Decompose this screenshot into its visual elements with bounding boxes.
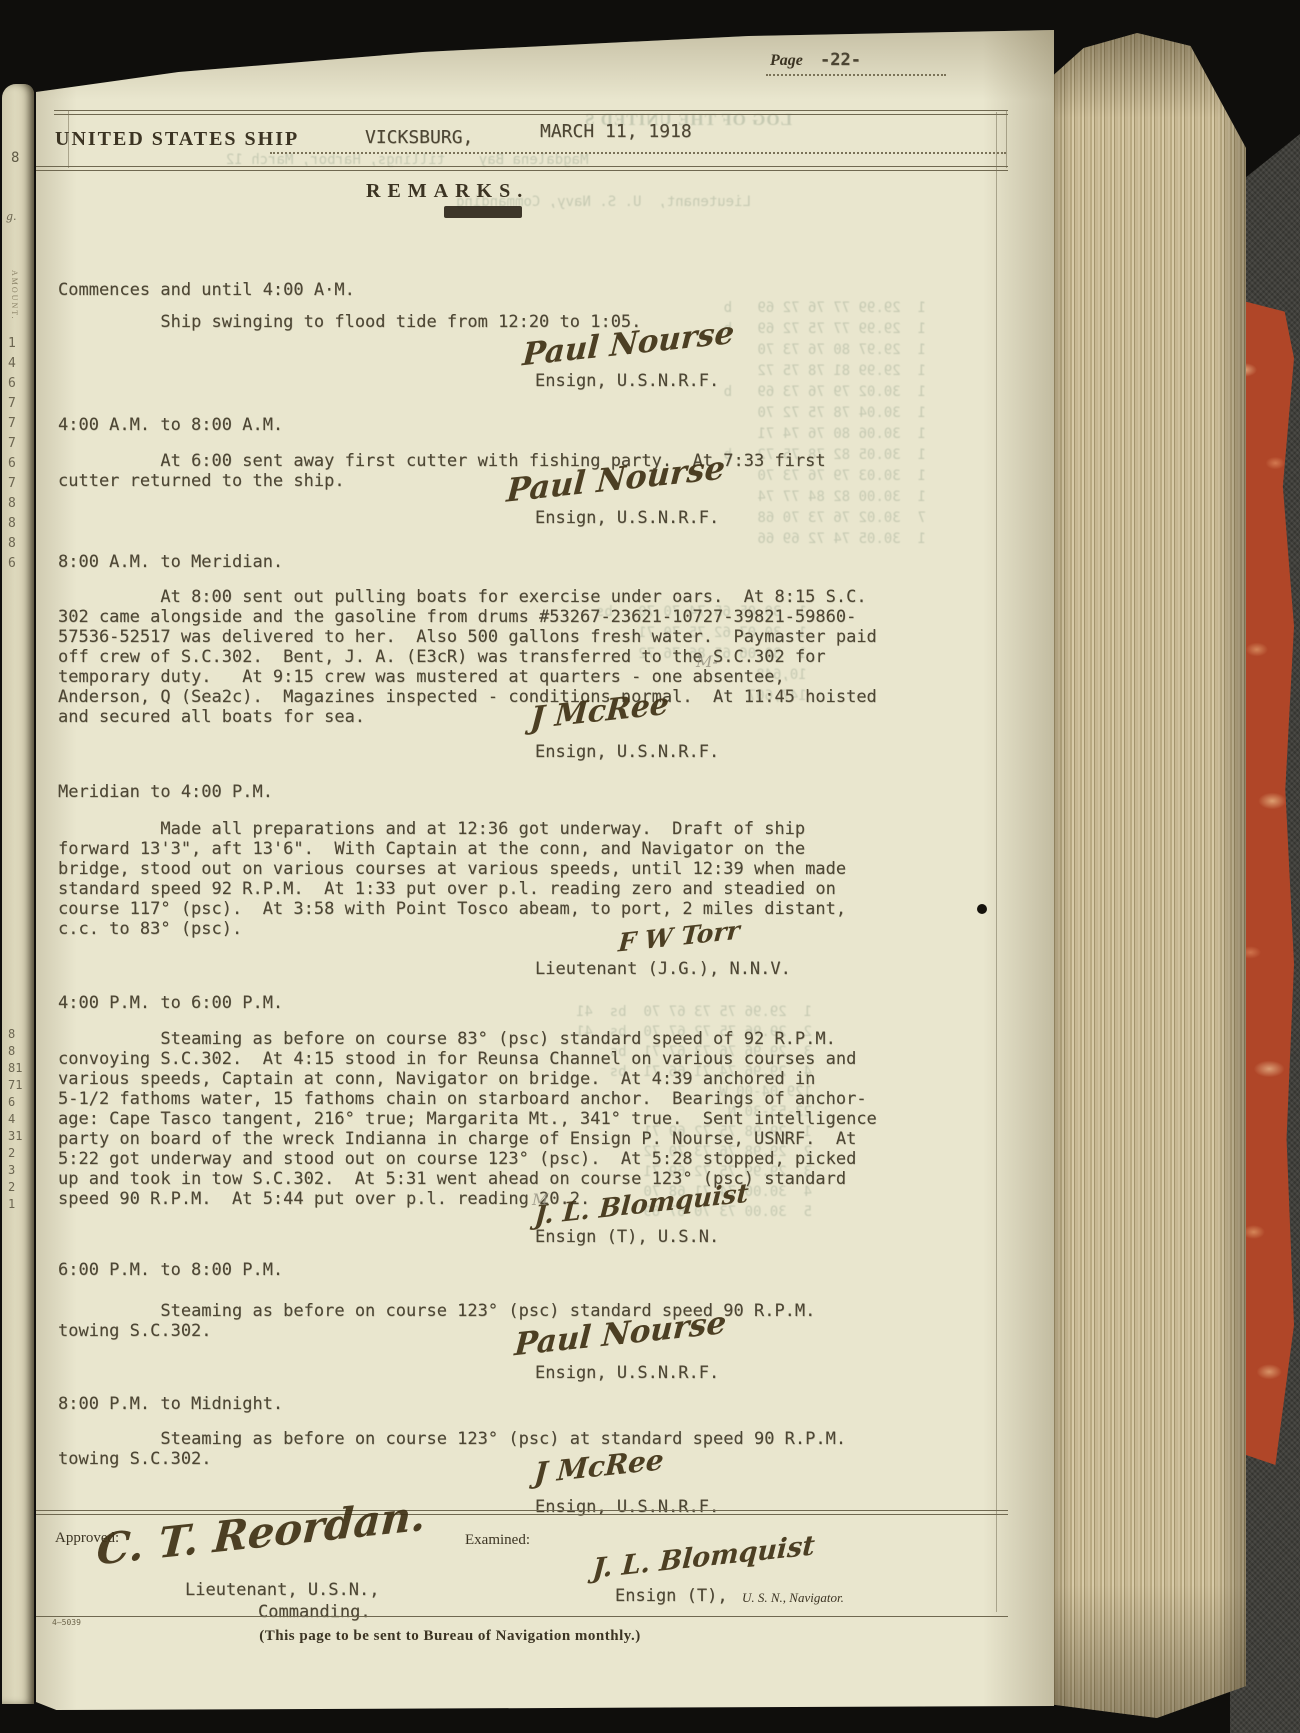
entry-text-2: At 8:00 sent out pulling boats for exerc… — [58, 587, 966, 727]
list-item: 4 — [8, 354, 16, 374]
approval-top-rule — [36, 1510, 1008, 1515]
edge-digit: 8 — [11, 150, 19, 166]
examined-label: Examined: — [465, 1532, 530, 1549]
header-bottom-rule — [36, 166, 1008, 171]
signature-title-4: Ensign (T), U.S.N. — [535, 1227, 719, 1247]
list-item: 8 — [8, 534, 16, 554]
footer-rule — [36, 1616, 1008, 1617]
list-item: 2 — [8, 1145, 22, 1162]
pencil-mark: M — [532, 1190, 548, 1209]
entry-period-2: 8:00 A.M. to Meridian. — [58, 552, 283, 572]
list-item: 7 — [8, 394, 16, 414]
entry-period-3: Meridian to 4:00 P.M. — [58, 782, 273, 802]
ink-dot — [977, 904, 987, 914]
list-item: 1 — [8, 1196, 22, 1213]
underlying-page-edge: 8 g. AMOUNT. 146777678886 88817164312321 — [2, 84, 34, 1704]
list-item: 7 — [8, 474, 16, 494]
entry-period-4: 4:00 P.M. to 6:00 P.M. — [58, 993, 283, 1013]
ship-label: UNITED STATES SHIP — [55, 128, 299, 151]
edge-mark: g. — [6, 210, 17, 223]
list-item: 1 29.96 75 73 67 70 bs 41 — [576, 1002, 812, 1022]
entry-period-0: Commences and until 4:00 A·M. — [58, 280, 355, 300]
header-box-right-edge — [1006, 110, 1007, 168]
list-item: 2 — [8, 1179, 22, 1196]
navigator-title-suffix: U. S. N., Navigator. — [742, 1590, 844, 1606]
entry-text-6: Steaming as before on course 123° (psc) … — [58, 1429, 966, 1469]
entry-period-1: 4:00 A.M. to 8:00 A.M. — [58, 415, 283, 435]
remarks-title: REMARKS. — [366, 180, 529, 203]
list-item: 81 — [8, 1060, 22, 1077]
list-item: 7 — [8, 434, 16, 454]
pencil-mark: M- — [696, 652, 718, 671]
signature-title-5: Ensign, U.S.N.R.F. — [535, 1363, 719, 1383]
log-date: MARCH 11, 1918 — [540, 122, 692, 142]
list-item: 31 — [8, 1128, 22, 1145]
list-item: 7 — [8, 414, 16, 434]
entry-text-3: Made all preparations and at 12:36 got u… — [58, 819, 966, 939]
list-item: 8 — [8, 494, 16, 514]
signature-title-3: Lieutenant (J.G.), N.N.V. — [535, 959, 791, 979]
list-item: 6 — [8, 454, 16, 474]
list-item: 8 — [8, 1026, 22, 1043]
list-item: 6 — [8, 554, 16, 574]
list-item: 8 — [8, 514, 16, 534]
entry-text-0: Ship swinging to flood tide from 12:20 t… — [58, 312, 966, 332]
right-margin-rule — [996, 112, 997, 1612]
ship-name: VICKSBURG, — [365, 128, 473, 148]
navigator-signature: J. L. Blomquist — [592, 1530, 816, 1585]
form-number: 4—5039 — [52, 1618, 81, 1627]
entry-period-5: 6:00 P.M. to 8:00 P.M. — [58, 1260, 283, 1280]
navigator-title: Ensign (T), — [615, 1586, 728, 1606]
list-item: 8 — [8, 1043, 22, 1060]
log-page: LOG OF THE UNITED S Magdalena Bay tillin… — [36, 30, 1054, 1710]
commanding-officer-title-2: Commanding. — [258, 1602, 371, 1622]
commanding-officer-title-1: Lieutenant, U.S.N., — [185, 1580, 379, 1600]
list-item: 1 30.06 80 76 74 71 — [336, 424, 926, 445]
list-item: 1 30.04 78 75 72 70 — [336, 403, 926, 424]
edge-number-column-lower: 88817164312321 — [8, 1026, 22, 1213]
entry-text-4: Steaming as before on course 83° (psc) s… — [58, 1029, 966, 1209]
list-item: 6 — [8, 1094, 22, 1111]
header-fill-in-rule — [270, 152, 1006, 154]
list-item: 4 — [8, 1111, 22, 1128]
signature-title-0: Ensign, U.S.N.R.F. — [535, 371, 719, 391]
page-number: -22- — [820, 50, 861, 70]
list-item: 1 30.05 74 72 69 66 — [336, 529, 926, 550]
signature-title-1: Ensign, U.S.N.R.F. — [535, 508, 719, 528]
list-item: 1 — [8, 334, 16, 354]
page-number-rule — [766, 74, 946, 76]
commanding-officer-signature: C. T. Reordan. — [95, 1490, 427, 1574]
remarks-underline-bar — [444, 206, 522, 218]
entry-period-6: 8:00 P.M. to Midnight. — [58, 1394, 283, 1414]
list-item: 3 — [8, 1162, 22, 1179]
footer-note: (This page to be sent to Bureau of Navig… — [50, 1628, 850, 1645]
scanned-logbook-photo: { "page_header": { "page_label": "Page",… — [0, 0, 1300, 1733]
header-top-rule — [54, 110, 1008, 115]
list-item: 6 — [8, 374, 16, 394]
signature-title-2: Ensign, U.S.N.R.F. — [535, 742, 719, 762]
entry-text-5: Steaming as before on course 123° (psc) … — [58, 1301, 966, 1341]
edge-number-column-upper: 146777678886 — [8, 334, 16, 574]
list-item: 71 — [8, 1077, 22, 1094]
page-label: Page — [770, 52, 803, 70]
page-stack-edge — [1048, 28, 1246, 1720]
